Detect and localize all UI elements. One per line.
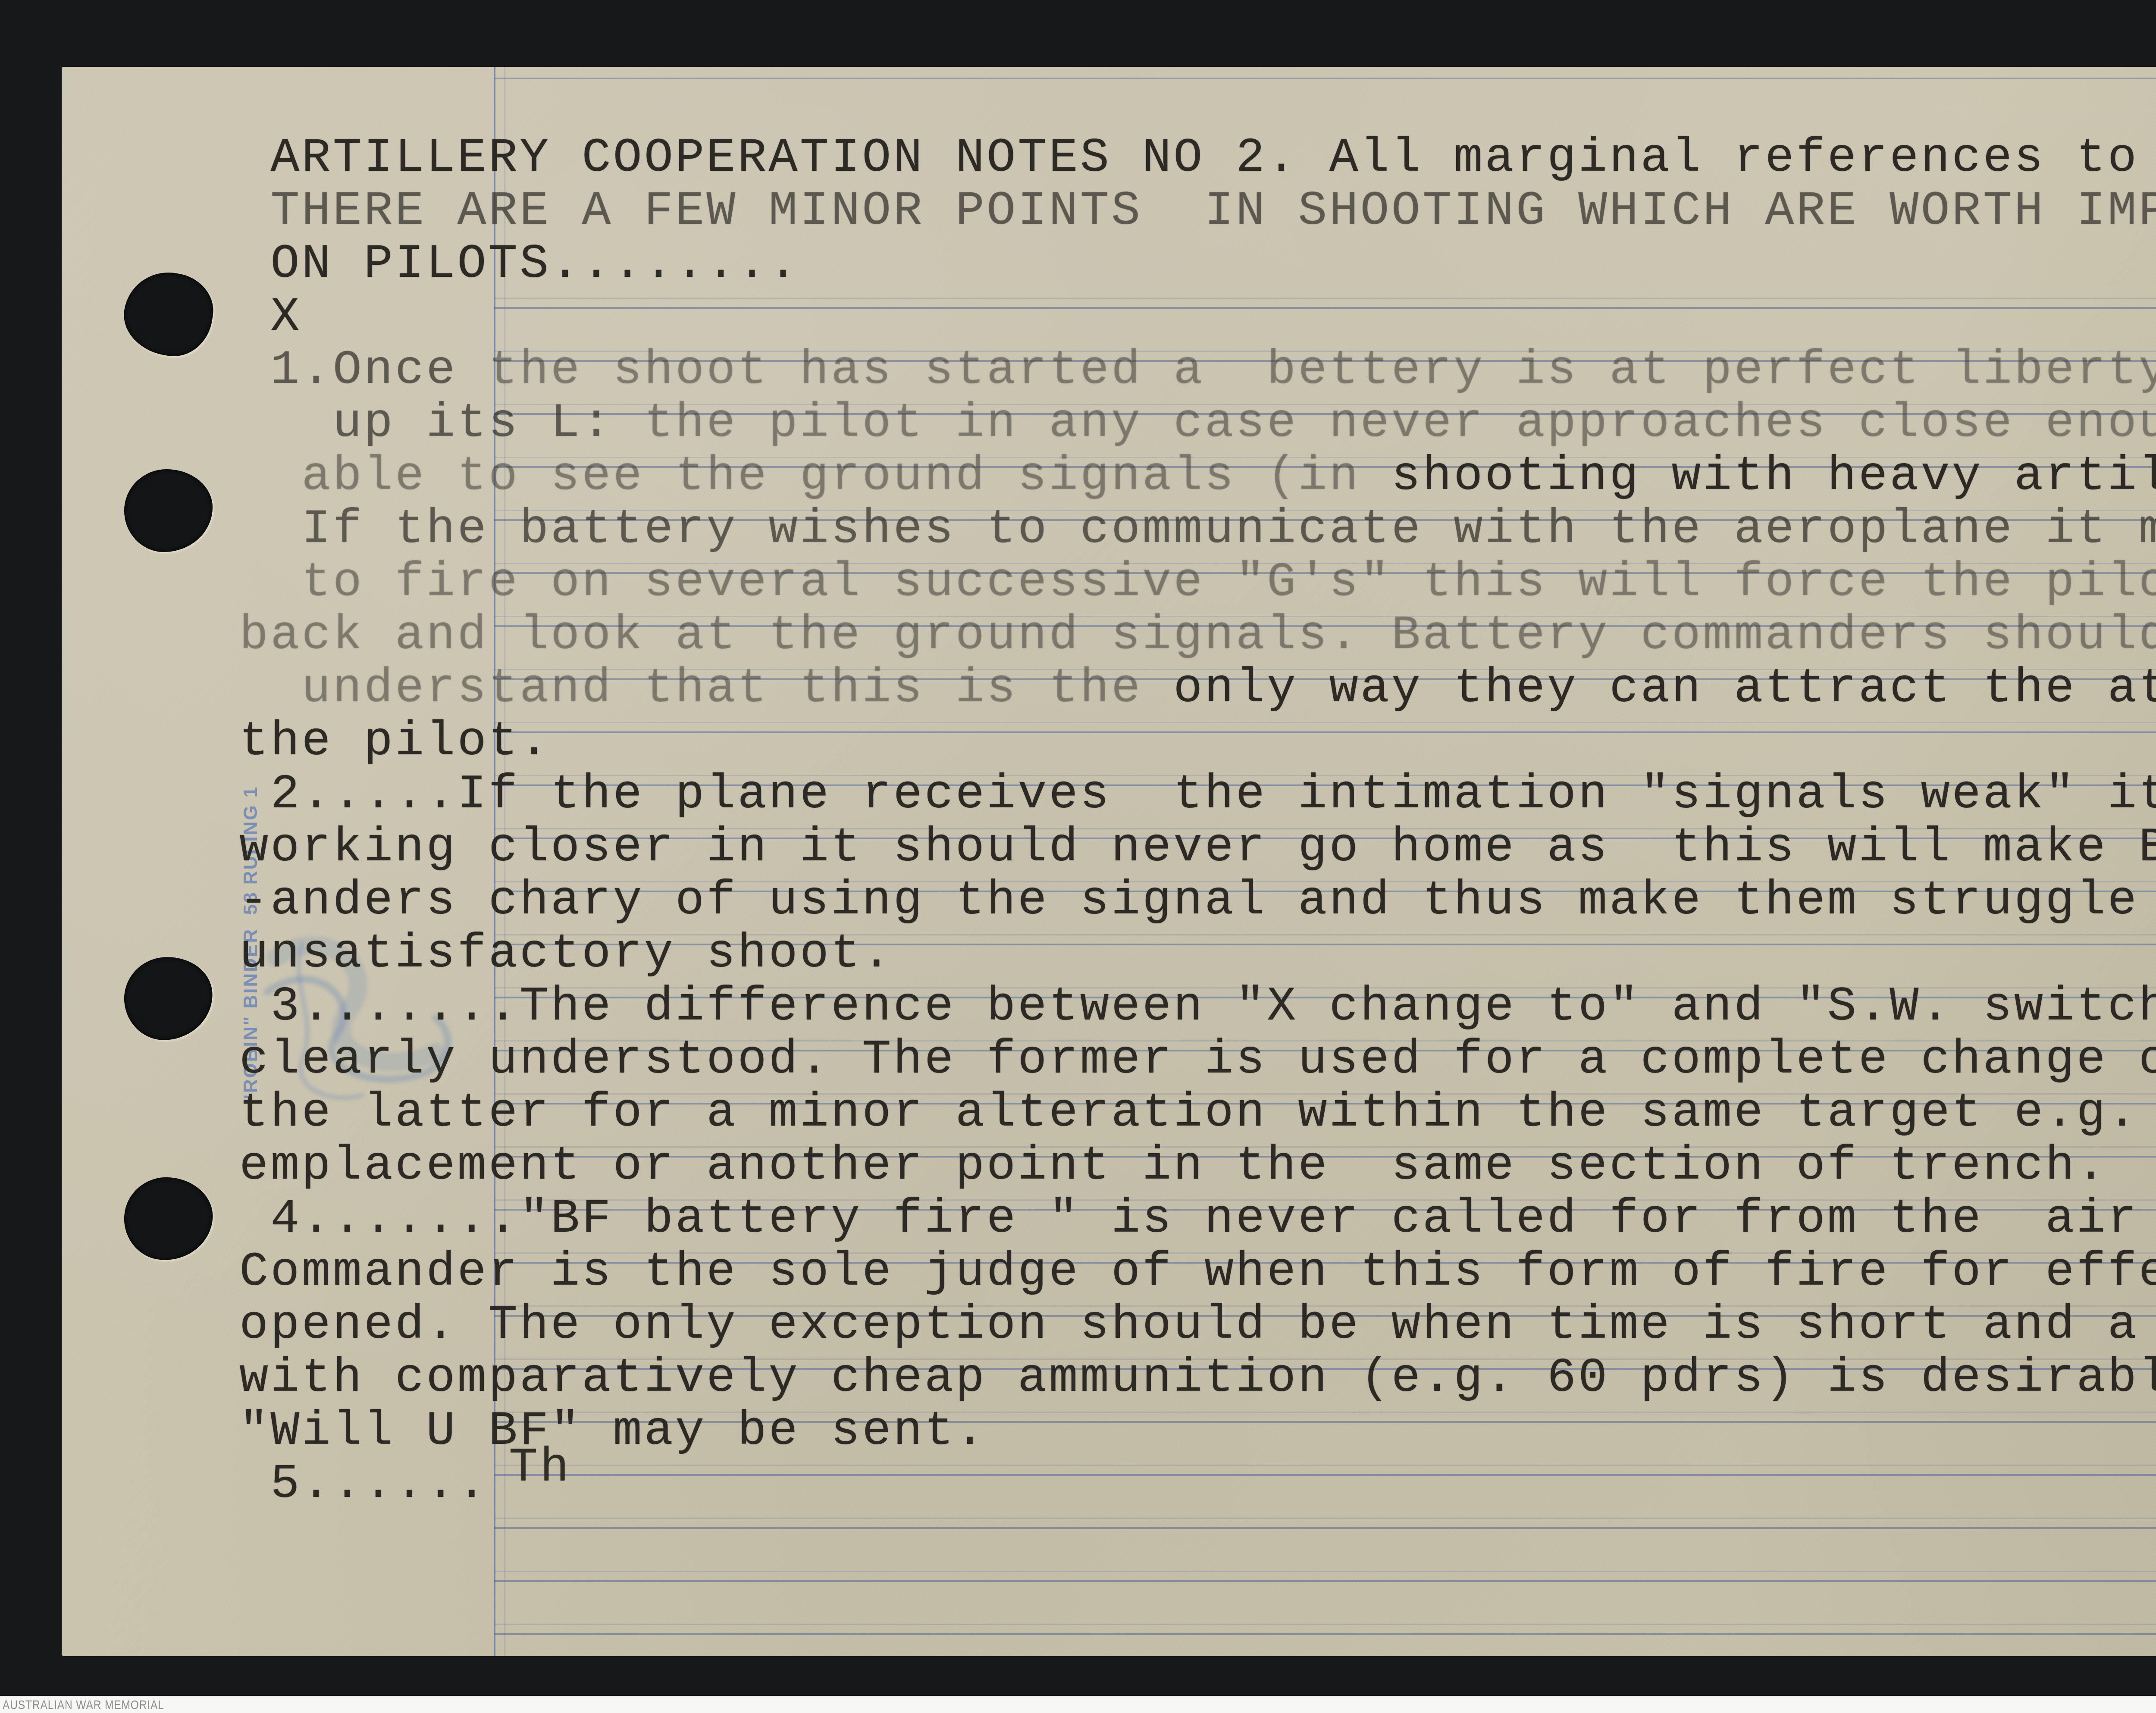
typed-segment: working closer in it should never go hom… (239, 820, 2156, 875)
typed-segment: ON PILOTS........ (239, 237, 800, 292)
typed-line: the pilot. (62, 715, 2156, 768)
typed-segment: ARTILLERY COOPERATION NOTES NO 2. All ma… (239, 131, 2156, 185)
typed-line: 1.Once the shoot has started a bettery i… (62, 344, 2156, 397)
typed-line: with comparatively cheap ammunition (e.g… (62, 1352, 2156, 1405)
footer-strip: AUSTRALIAN WAR MEMORIAL AWM2019.22.242 (0, 1696, 2156, 1713)
paper: "ROBIN" BINDER 58 RULING 1 ARTILLERY COO… (62, 67, 2156, 1656)
typed-line: THERE ARE A FEW MINOR POINTS IN SHOOTING… (62, 185, 2156, 238)
typed-segment: 5...... (239, 1457, 489, 1512)
typed-segment: THERE ARE A FEW MINOR POINTS IN SHOOTING… (239, 184, 2156, 238)
typed-segment: the pilot. (239, 714, 551, 769)
typed-segment: clearly understood. The former is used f… (239, 1032, 2156, 1087)
typed-segment: 4......."BF battery fire " is never call… (239, 1192, 2156, 1246)
typed-line: X (62, 291, 2156, 344)
typed-line: 3.......The difference between "X change… (62, 980, 2156, 1033)
typed-line: emplacement or another point in the same… (62, 1139, 2156, 1192)
typed-line: up its L: the pilot in any case never ap… (62, 397, 2156, 450)
typed-segment: understand that this is the (239, 661, 1142, 716)
typed-line: If the battery wishes to communicate wit… (62, 503, 2156, 556)
typed-segment: 2.....If the plane receives the intimati… (239, 767, 2156, 822)
typed-line: back and look at the ground signals. Bat… (62, 609, 2156, 662)
scan-background: { "scan": { "archive_label": "AUSTRALIAN… (0, 0, 2156, 1713)
typed-line: Commander is the sole judge of when this… (62, 1246, 2156, 1299)
typed-text: ARTILLERY COOPERATION NOTES NO 2. All ma… (62, 132, 2156, 1511)
typed-segment: "Will U BF" may be sent. (239, 1404, 987, 1459)
typed-line: clearly understood. The former is used f… (62, 1033, 2156, 1086)
typed-segment: back and look at the ground signals. Bat… (239, 608, 2156, 663)
typed-line: 2.....If the plane receives the intimati… (62, 768, 2156, 821)
typed-segment: to fire on several successive "G's" this… (239, 555, 2156, 610)
typed-segment: only way they can attract the attention … (1142, 661, 2156, 716)
typed-line: working closer in it should never go hom… (62, 821, 2156, 874)
typed-line: ARTILLERY COOPERATION NOTES NO 2. All ma… (62, 132, 2156, 185)
dropped-chars: Th (509, 1440, 571, 1495)
typed-line: the latter for a minor alteration within… (62, 1086, 2156, 1139)
typed-segment: the latter for a minor alteration within… (239, 1086, 2156, 1140)
typed-line: understand that this is the only way the… (62, 662, 2156, 715)
typed-segment: 3.......The difference between "X change… (239, 979, 2156, 1034)
typed-line: to fire on several successive "G's" this… (62, 556, 2156, 609)
typed-segment: opened. The only exception should be whe… (239, 1298, 2156, 1352)
typed-segment: -anders chary of using the signal and th… (239, 873, 2156, 928)
typed-line: able to see the ground signals (in shoot… (62, 450, 2156, 503)
typed-line: -anders chary of using the signal and th… (62, 874, 2156, 927)
typed-segment: the shoot has started a bettery is at pe… (457, 343, 2156, 398)
typed-segment: able to see the ground signals (in (239, 449, 1360, 504)
typed-line: 4......."BF battery fire " is never call… (62, 1192, 2156, 1246)
typed-line: 5...... (62, 1458, 2156, 1511)
typed-line: ON PILOTS........ (62, 238, 2156, 291)
typed-line: unsatisfactory shoot. (62, 927, 2156, 980)
top-rule (494, 78, 2156, 79)
typed-segment: unsatisfactory shoot. (239, 926, 893, 981)
typed-segment: the pilot in any case never approaches c… (613, 396, 2156, 451)
typed-segment: X (239, 290, 301, 345)
typed-segment: 1.Once (239, 343, 457, 398)
archive-label: AUSTRALIAN WAR MEMORIAL (3, 1698, 164, 1713)
typed-segment: Commander is the sole judge of when this… (239, 1245, 2156, 1299)
typed-segment: If the battery wishes to communicate wit… (239, 502, 2156, 557)
typed-segment: with comparatively cheap ammunition (e.g… (239, 1351, 2156, 1406)
typed-line: opened. The only exception should be whe… (62, 1299, 2156, 1352)
typed-segment: up its L: (239, 396, 613, 451)
typed-segment: emplacement or another point in the same… (239, 1139, 2108, 1193)
typed-segment: shooting with heavy artillery) (1360, 449, 2156, 504)
typed-line: "Will U BF" may be sent. (62, 1405, 2156, 1458)
